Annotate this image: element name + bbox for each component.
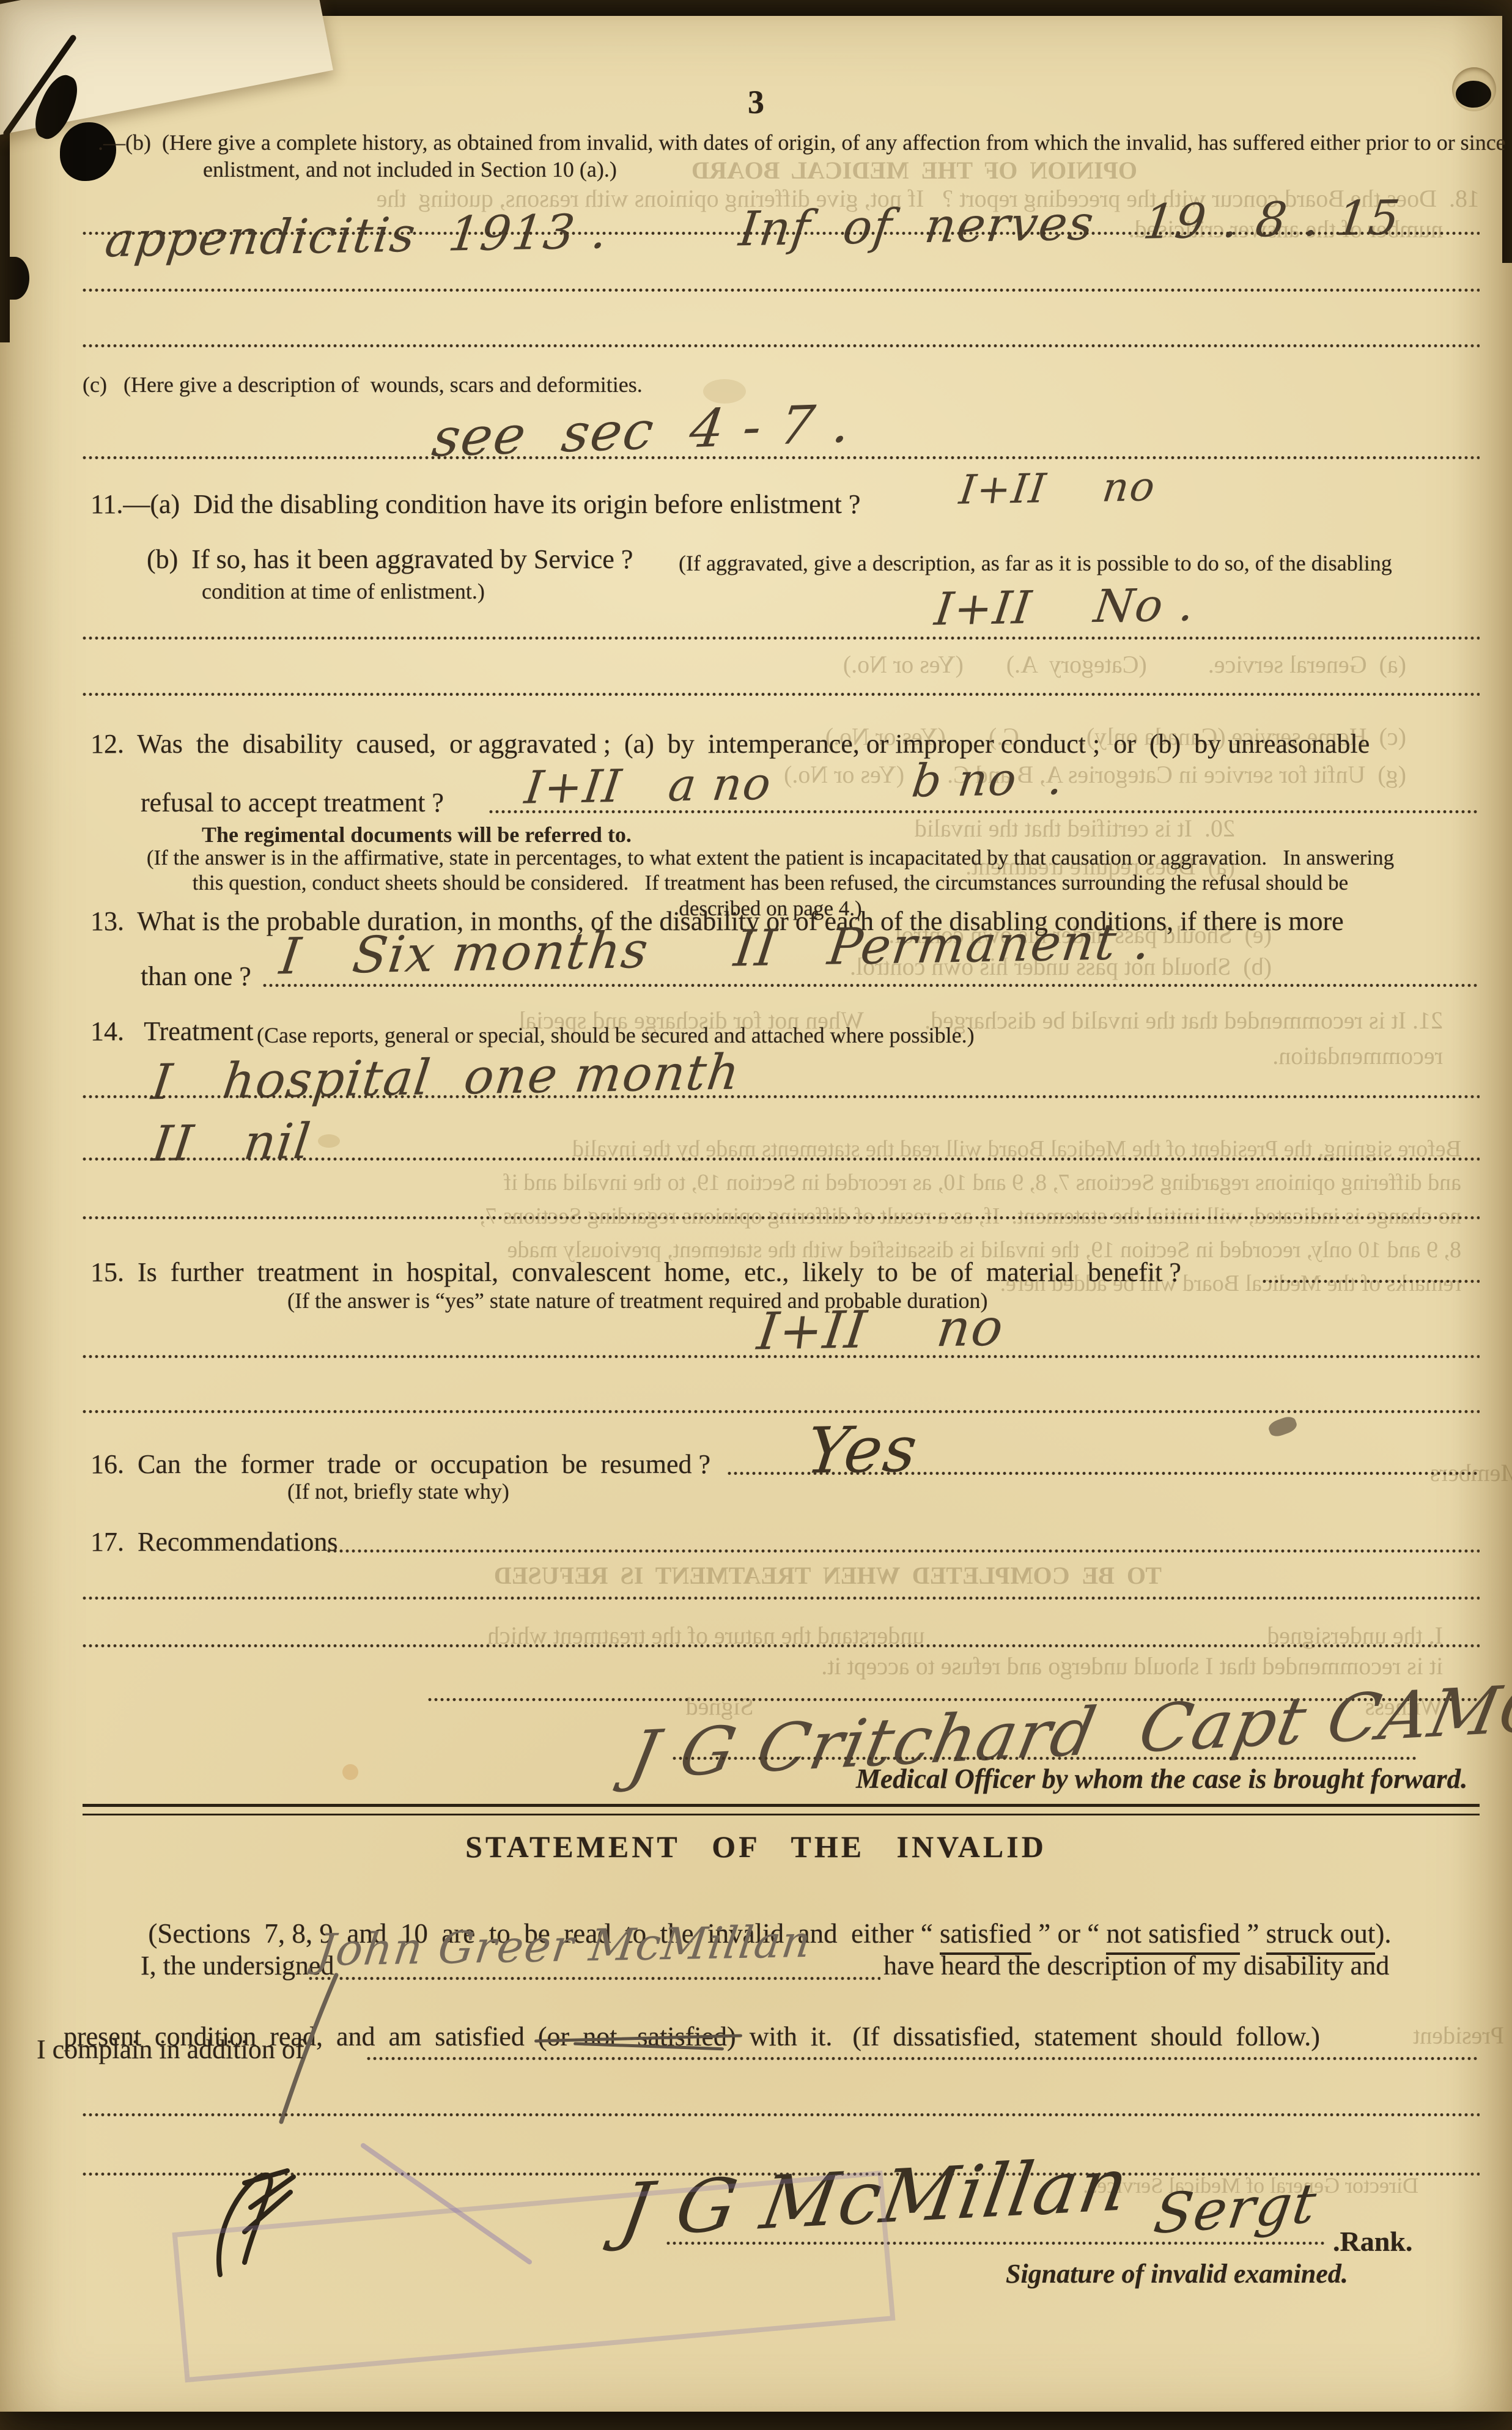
page-number: 3 [0, 83, 1512, 123]
dotted-line [83, 1409, 1480, 1414]
dotted-line [83, 1644, 1480, 1648]
double-rule [83, 1804, 1480, 1815]
q17-text: 17. Recommendations [90, 1526, 338, 1559]
section-b-text: .—(b) (Here give a complete history, as … [98, 130, 1512, 183]
q11a-answer: I+II no [957, 463, 1159, 514]
dotted-line [83, 692, 1480, 696]
ink-smudge [1267, 1414, 1299, 1439]
dotted-leader [367, 2056, 1480, 2061]
invalid-signature-caption: Signature of invalid examined. [1006, 2258, 1348, 2291]
q16-text: 16. Can the former trade or occupation b… [90, 1448, 710, 1481]
rank-label: .Rank. [1333, 2225, 1412, 2259]
invalid-name-handwritten: John Greer McMillan [314, 1916, 815, 1976]
q12-answer: I+II a no b no . [522, 752, 1068, 814]
struck-out-phrase: (or not satisfied) [538, 2022, 736, 2051]
ink-blot-nub [0, 257, 29, 300]
dotted-line [83, 1157, 1480, 1161]
statement-line1-post: have heard the description of my disabil… [883, 1949, 1389, 1982]
q12-text2: refusal to accept treatment ? [141, 786, 444, 819]
dotted-line [83, 1354, 1480, 1359]
dotted-line [83, 1596, 1480, 1600]
stain [342, 1764, 358, 1780]
statement-subtext-part: ” or “ [1031, 1918, 1106, 1949]
medical-form-page: OPINION OF THE MEDICAL BOARD 18. Does th… [0, 0, 1512, 2430]
q11b-text: (b) If so, has it been aggravated by Ser… [147, 543, 633, 576]
q11b-note2: condition at time of enlistment.) [202, 578, 485, 605]
q15-answer: I+II no [754, 1298, 1008, 1362]
dotted-leader [327, 1549, 1480, 1553]
q12-text: 12. Was the disability caused, or aggrav… [90, 728, 1370, 761]
bleed-text: it is recommended that I should undergo … [98, 1649, 1443, 1684]
bleed-text: (a) General service. (Category A.) (Yes … [538, 647, 1406, 682]
q14-title: 14. Treatment [90, 1015, 253, 1048]
q11a-text: 11.—(a) Did the disabling condition have… [90, 488, 860, 521]
dotted-leader [263, 983, 1480, 988]
q14-answer-2: II nil [149, 1113, 314, 1172]
dotted-leader [309, 1976, 880, 1981]
bleed-text: 20. It is certified that the invalid [660, 811, 1235, 846]
q13-text2: than one ? [141, 960, 251, 993]
complain-text: I complain in addition of [37, 2033, 304, 2066]
dotted-line [83, 2113, 1480, 2117]
scan-edge-bottom [0, 2412, 1512, 2430]
dotted-line [83, 456, 1480, 460]
q11b-note: (If aggravated, give a description, as f… [679, 550, 1392, 577]
statement-subtext-part: ). [1375, 1918, 1391, 1949]
bleed-text: TO BE COMPLETED WHEN TREATMENT IS REFUSE… [379, 1558, 1162, 1594]
mo-caption: Medical Officer by whom the case is brou… [856, 1762, 1467, 1796]
dotted-line [83, 288, 1480, 292]
statement-heading: STATEMENT OF THE INVALID [0, 1828, 1512, 1866]
rank-handwritten: Sergt [1150, 2171, 1321, 2247]
statement-line2-post: with it. (If dissatisfied, statement sho… [736, 2022, 1320, 2051]
dotted-line [673, 1756, 1418, 1760]
dotted-leader [1263, 1279, 1480, 1283]
q16-note: (If not, briefly state why) [287, 1479, 509, 1505]
q16-answer: Yes [802, 1411, 922, 1488]
statement-subtext-part: ” [1240, 1918, 1266, 1949]
dotted-line [83, 1095, 1480, 1099]
q15-text: 15. Is further treatment in hospital, co… [90, 1256, 1181, 1289]
q14-answer-1: I hospital one month [149, 1044, 743, 1111]
q11b-answer: I+II No . [932, 578, 1198, 635]
dotted-line [83, 231, 1480, 235]
dotted-line [83, 636, 1480, 640]
dotted-line [83, 344, 1480, 348]
dotted-line [83, 1216, 1480, 1220]
section-c-text: (c) (Here give a description of wounds, … [83, 372, 643, 399]
